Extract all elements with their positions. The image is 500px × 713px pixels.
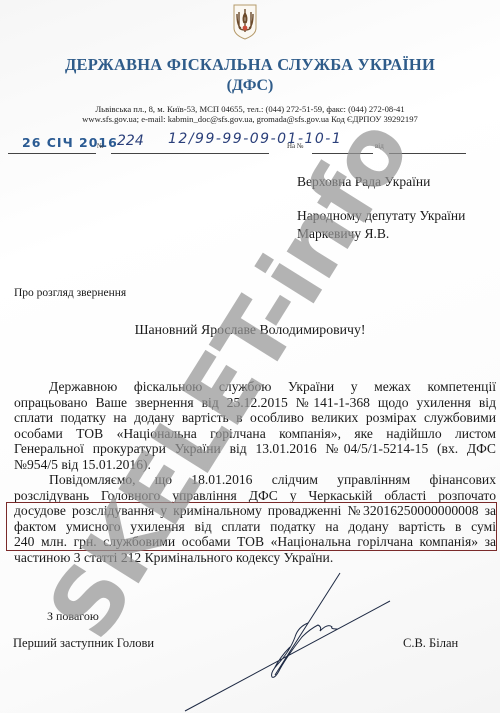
highlight-box xyxy=(6,502,497,551)
organization-title: ДЕРЖАВНА ФІСКАЛЬНА СЛУЖБА УКРАЇНИ xyxy=(0,55,500,75)
letter-subject: Про розгляд звернення xyxy=(14,287,126,299)
reference-date-underline xyxy=(389,153,466,154)
trident-coat-of-arms-icon xyxy=(233,4,257,40)
addressee-name: Маркевичу Я.В. xyxy=(297,226,389,242)
signer-name: С.В. Білан xyxy=(403,636,458,651)
paragraph-line: Державною фіскальною службою України у м… xyxy=(14,379,496,395)
paragraph-line: розслідувань Головного управління ДФС у … xyxy=(14,488,496,504)
salutation: Шановний Ярославе Володимировичу! xyxy=(0,322,500,338)
paragraph-line: частиною 3 статті 212 Кримінального коде… xyxy=(14,550,496,566)
paragraph-line: особами ТОВ «Національна горілчана компа… xyxy=(14,426,496,442)
addressee-organization: Верховна Рада України xyxy=(297,174,430,190)
contact-address-line: Львівська пл., 8, м. Київ-53, МСП 04655,… xyxy=(0,104,500,114)
number-underline xyxy=(111,153,269,154)
paragraph-line: сплати податку на додану вартість в особ… xyxy=(14,410,496,426)
paragraph-1: Державною фіскальною службою України у м… xyxy=(14,379,496,473)
number-label: № xyxy=(97,142,104,150)
letter-page: ДЕРЖАВНА ФІСКАЛЬНА СЛУЖБА УКРАЇНИ (ДФС) … xyxy=(0,0,500,713)
paragraph-line: опрацьовано Ваше звернення від 25.12.201… xyxy=(14,395,496,411)
contact-web-email-line: www.sfs.gov.ua; e-mail: kabmin_doc@sfs.g… xyxy=(0,114,500,124)
paragraph-line: Генеральної прокуратури України від 13.0… xyxy=(14,441,496,457)
date-underline xyxy=(8,153,96,154)
reference-number-label: На № xyxy=(287,142,304,150)
signer-position: Перший заступник Голови xyxy=(13,636,154,651)
closing-regards: З повагою xyxy=(47,609,99,624)
addressee-position: Народному депутату України xyxy=(297,208,465,224)
outgoing-code: 12/99-99-09-01-10-1 xyxy=(168,131,342,147)
outgoing-number: 224 xyxy=(117,133,144,149)
reference-number-underline xyxy=(312,153,373,154)
paragraph-line: №954/5 від 15.01.2016). xyxy=(14,457,496,473)
organization-abbreviation: (ДФС) xyxy=(0,77,500,95)
reference-date-label: від xyxy=(375,142,384,150)
paragraph-line: Повідомляємо, що 18.01.2016 слідчим упра… xyxy=(14,472,496,488)
handwritten-signature-icon xyxy=(180,565,410,713)
